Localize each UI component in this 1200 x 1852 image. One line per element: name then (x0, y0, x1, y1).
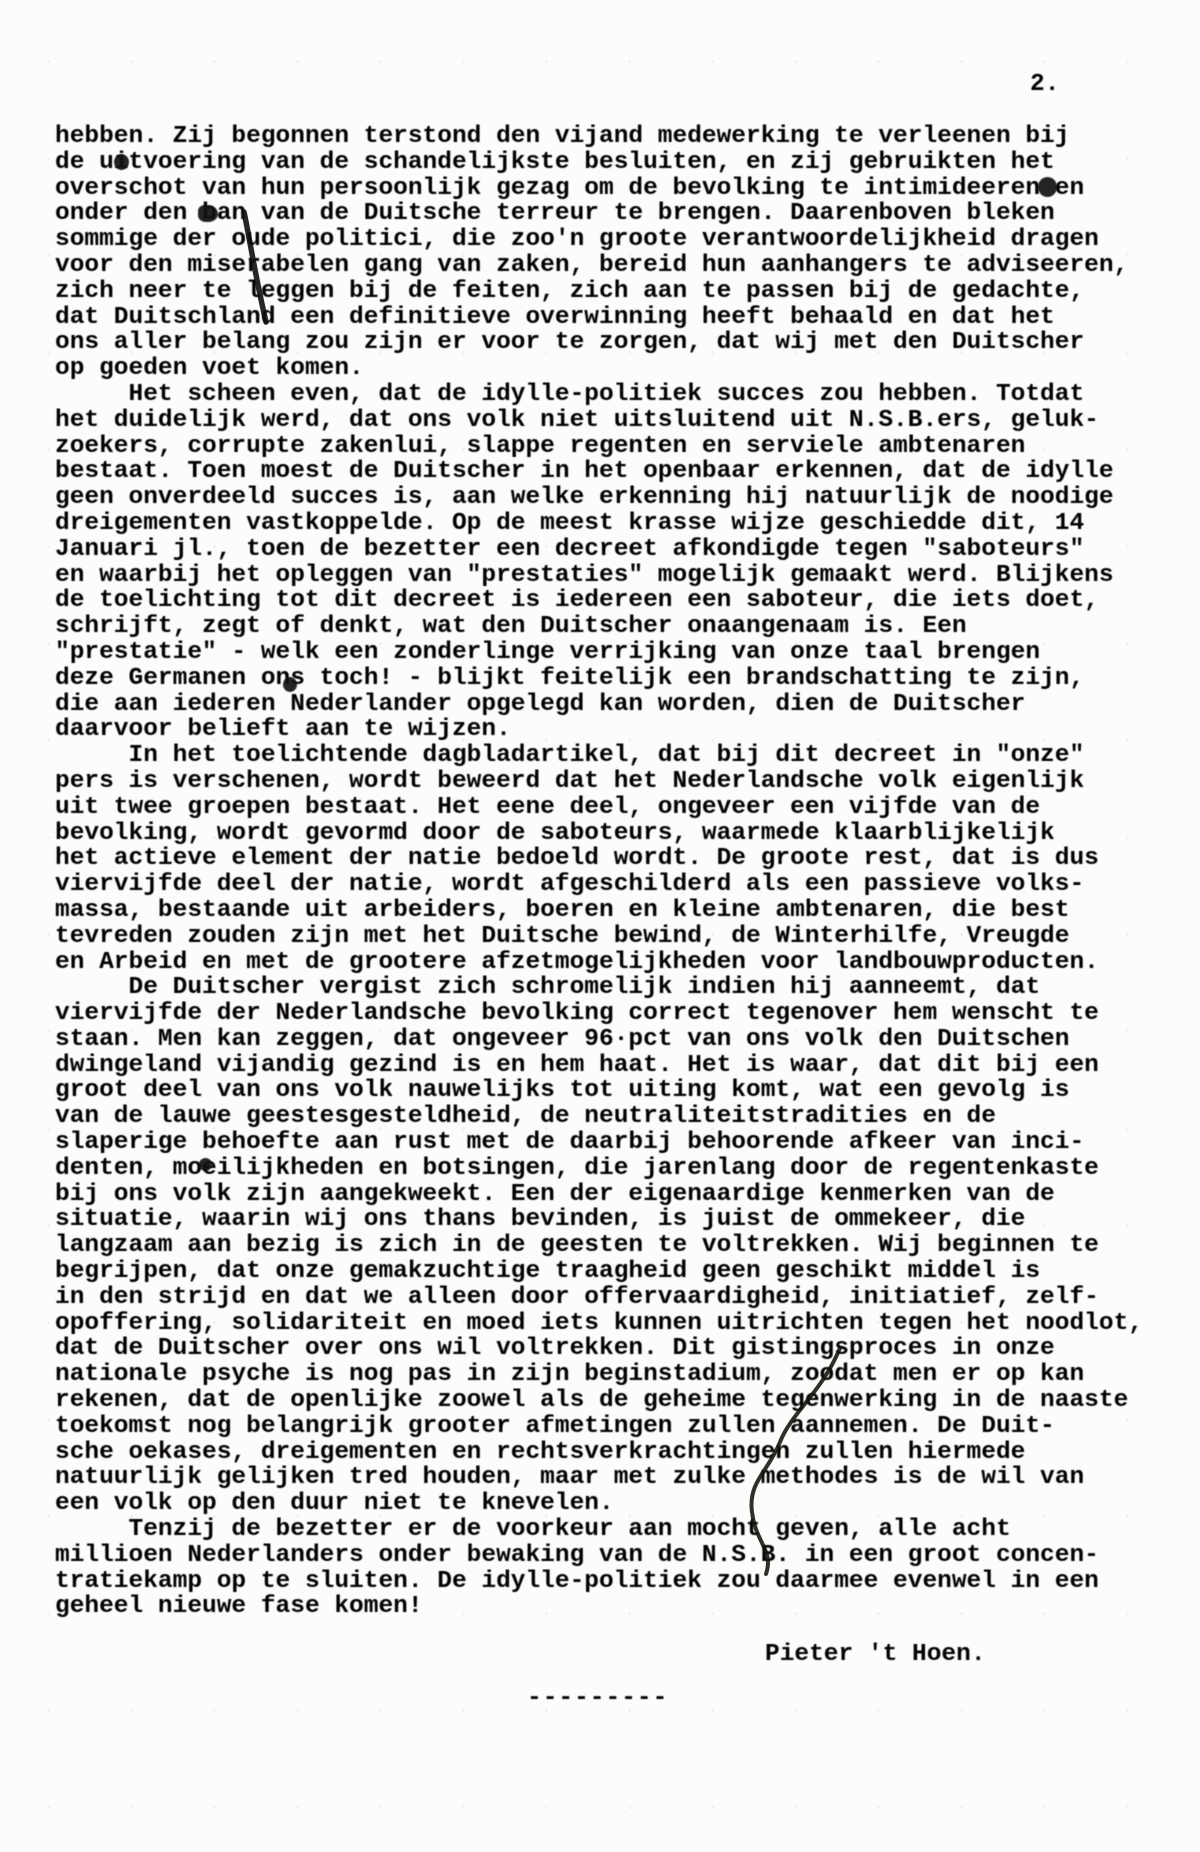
text-line: ons aller belang zou zijn er voor te zor… (55, 330, 1175, 356)
text-line: In het toelichtende dagbladartikel, dat … (55, 743, 1175, 769)
text-line: dreigementen vastkoppelde. Op de meest k… (55, 511, 1175, 537)
text-line: uit twee groepen bestaat. Het eene deel,… (55, 795, 1175, 821)
text-line: viervijfde deel der natie, wordt afgesch… (55, 872, 1175, 898)
text-line: het actieve element der natie bedoeld wo… (55, 846, 1175, 872)
document-body: hebben. Zij begonnen terstond den vijand… (55, 124, 1175, 1620)
text-line: van de lauwe geestesgesteldheid, de neut… (55, 1104, 1175, 1130)
text-line: geheel nieuwe fase komen! (55, 1594, 1175, 1620)
text-line: nationale psyche is nog pas in zijn begi… (55, 1362, 1175, 1388)
text-line: dat de Duitscher over ons wil voltrekken… (55, 1336, 1175, 1362)
text-line: Tenzij de bezetter er de voorkeur aan mo… (55, 1517, 1175, 1543)
text-line: slaperige behoefte aan rust met de daarb… (55, 1130, 1175, 1156)
text-line: en waarbij het opleggen van "prestaties"… (55, 563, 1175, 589)
document-page: 2. hebben. Zij begonnen terstond den vij… (0, 0, 1200, 1852)
text-line: natuurlijk gelijken tred houden, maar me… (55, 1465, 1175, 1491)
text-line: op goeden voet komen. (55, 356, 1175, 382)
text-line: massa, bestaande uit arbeiders, boeren e… (55, 898, 1175, 924)
text-line: en Arbeid en met de grootere afzetmogeli… (55, 950, 1175, 976)
text-line: hebben. Zij begonnen terstond den vijand… (55, 124, 1175, 150)
text-line: bestaat. Toen moest de Duitscher in het … (55, 459, 1175, 485)
text-line: dwingeland vijandig gezind is en hem haa… (55, 1053, 1175, 1079)
text-line: rekenen, dat de openlijke zoowel als de … (55, 1388, 1175, 1414)
text-line: een volk op den duur niet te knevelen. (55, 1491, 1175, 1517)
text-line: Januari jl., toen de bezetter een decree… (55, 537, 1175, 563)
text-line: schrijft, zegt of denkt, wat den Duitsch… (55, 614, 1175, 640)
text-line: daarvoor belieft aan te wijzen. (55, 717, 1175, 743)
text-line: de toelichting tot dit decreet is iedere… (55, 588, 1175, 614)
text-line: die aan iederen Nederlander opgelegd kan… (55, 692, 1175, 718)
text-line: Het scheen even, dat de idylle-politiek … (55, 382, 1175, 408)
text-line: groot deel van ons volk nauwelijks tot u… (55, 1078, 1175, 1104)
divider-dashes: --------- (527, 1686, 668, 1712)
text-line: tevreden zouden zijn met het Duitsche be… (55, 924, 1175, 950)
text-line: "prestatie" - welk een zonderlinge verri… (55, 640, 1175, 666)
text-line: viervijfde der Nederlandsche bevolking c… (55, 1001, 1175, 1027)
page-number: 2. (1030, 72, 1059, 98)
text-line: pers is verschenen, wordt beweerd dat he… (55, 769, 1175, 795)
text-line: millioen Nederlanders onder bewaking van… (55, 1543, 1175, 1569)
text-line: situatie, waarin wij ons thans bevinden,… (55, 1207, 1175, 1233)
text-line: toekomst nog belangrijk grooter afmeting… (55, 1414, 1175, 1440)
text-line: het duidelijk werd, dat ons volk niet ui… (55, 408, 1175, 434)
text-line: zich neer te leggen bij de feiten, zich … (55, 279, 1175, 305)
text-line: langzaam aan bezig is zich in de geesten… (55, 1233, 1175, 1259)
text-line: denten, moeilijkheden en botsingen, die … (55, 1156, 1175, 1182)
text-line: staan. Men kan zeggen, dat ongeveer 96·p… (55, 1027, 1175, 1053)
text-line: overschot van hun persoonlijk gezag om d… (55, 176, 1175, 202)
text-line: begrijpen, dat onze gemakzuchtige traagh… (55, 1259, 1175, 1285)
text-line: bevolking, wordt gevormd door de saboteu… (55, 821, 1175, 847)
text-line: sommige der oude politici, die zoo'n gro… (55, 227, 1175, 253)
text-line: zoekers, corrupte zakenlui, slappe regen… (55, 434, 1175, 460)
text-line: sche oekases, dreigementen en rechtsverk… (55, 1440, 1175, 1466)
text-line: tratiekamp op te sluiten. De idylle-poli… (55, 1569, 1175, 1595)
text-line: voor den miserabelen gang van zaken, ber… (55, 253, 1175, 279)
text-line: in den strijd en dat we alleen door offe… (55, 1285, 1175, 1311)
text-line: geen onverdeeld succes is, aan welke erk… (55, 485, 1175, 511)
text-line: deze Germanen ons toch! - blijkt feiteli… (55, 666, 1175, 692)
text-line: De Duitscher vergist zich schromelijk in… (55, 975, 1175, 1001)
text-line: de uitvoering van de schandelijkste besl… (55, 150, 1175, 176)
signature: Pieter 't Hoen. (765, 1642, 986, 1668)
text-line: dat Duitschland een definitieve overwinn… (55, 305, 1175, 331)
text-line: bij ons volk zijn aangekweekt. Een der e… (55, 1182, 1175, 1208)
text-line: onder den ban van de Duitsche terreur te… (55, 201, 1175, 227)
text-line: opoffering, solidariteit en moed iets ku… (55, 1311, 1175, 1337)
